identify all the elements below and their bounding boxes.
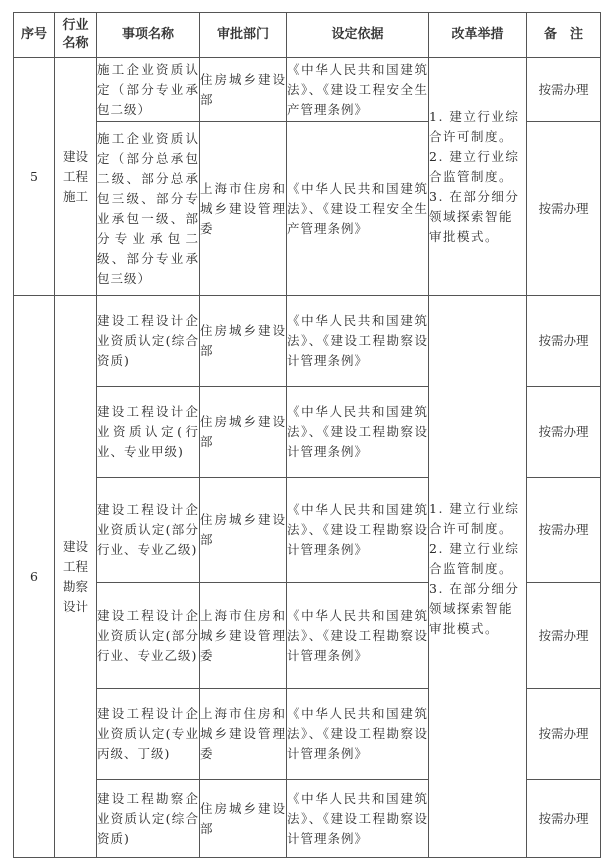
basis-cell: 《中华人民共和国建筑法》、《建设工程安全生产管理条例》 bbox=[287, 58, 429, 122]
remark-cell: 按需办理 bbox=[527, 780, 601, 858]
basis-cell: 《中华人民共和国建筑法》、《建设工程勘察设计管理条例》 bbox=[287, 583, 429, 689]
dept-cell: 住房城乡建设部 bbox=[200, 296, 287, 387]
table-row: 6 建设 工程 勘察 设计 建设工程设计企业资质认定(综合资质) 住房城乡建设部… bbox=[14, 296, 601, 387]
remark-cell: 按需办理 bbox=[527, 58, 601, 122]
basis-cell: 《中华人民共和国建筑法》、《建设工程勘察设计管理条例》 bbox=[287, 689, 429, 780]
reform-cell: 1. 建立行业综合许可制度。 2. 建立行业综合监管制度。 3. 在部分细分领域… bbox=[429, 296, 527, 858]
remark-cell: 按需办理 bbox=[527, 478, 601, 583]
dept-cell: 住房城乡建设部 bbox=[200, 58, 287, 122]
item-cell: 施工企业资质认定（部分专业承包二级） bbox=[97, 58, 200, 122]
dept-cell: 住房城乡建设部 bbox=[200, 478, 287, 583]
reform-text: 1. 建立行业综合许可制度。 2. 建立行业综合监管制度。 3. 在部分细分领域… bbox=[429, 499, 526, 639]
basis-cell: 《中华人民共和国建筑法》、《建设工程勘察设计管理条例》 bbox=[287, 780, 429, 858]
reform-cell: 1. 建立行业综合许可制度。 2. 建立行业综合监管制度。 3. 在部分细分领域… bbox=[429, 58, 527, 296]
remark-cell: 按需办理 bbox=[527, 583, 601, 689]
header-row: 序号 行业 名称 事项名称 审批部门 设定依据 改革举措 备 注 bbox=[14, 13, 601, 58]
approval-items-table: 序号 行业 名称 事项名称 审批部门 设定依据 改革举措 备 注 5 建设 工程… bbox=[13, 12, 601, 858]
header-item: 事项名称 bbox=[97, 13, 200, 58]
item-cell: 建设工程设计企业资质认定(部分行业、专业乙级) bbox=[97, 583, 200, 689]
header-reform: 改革举措 bbox=[429, 13, 527, 58]
header-basis: 设定依据 bbox=[287, 13, 429, 58]
remark-cell: 按需办理 bbox=[527, 122, 601, 296]
dept-cell: 上海市住房和城乡建设管理委 bbox=[200, 583, 287, 689]
seq-cell: 5 bbox=[14, 58, 55, 296]
dept-cell: 住房城乡建设部 bbox=[200, 780, 287, 858]
basis-cell: 《中华人民共和国建筑法》、《建设工程勘察设计管理条例》 bbox=[287, 296, 429, 387]
header-remark: 备 注 bbox=[527, 13, 601, 58]
seq-cell: 6 bbox=[14, 296, 55, 858]
remark-cell: 按需办理 bbox=[527, 387, 601, 478]
item-cell: 建设工程勘察企业资质认定(综合资质) bbox=[97, 780, 200, 858]
header-seq: 序号 bbox=[14, 13, 55, 58]
header-industry: 行业 名称 bbox=[55, 13, 97, 58]
dept-cell: 上海市住房和城乡建设管理委 bbox=[200, 689, 287, 780]
table-row: 5 建设 工程 施工 施工企业资质认定（部分专业承包二级） 住房城乡建设部 《中… bbox=[14, 58, 601, 122]
item-cell: 施工企业资质认定（部分总承包二级、部分总承包三级、部分专业承包一级、部分专业承包… bbox=[97, 122, 200, 296]
item-cell: 建设工程设计企业资质认定(行业、专业甲级) bbox=[97, 387, 200, 478]
industry-cell: 建设 工程 施工 bbox=[55, 58, 97, 296]
item-cell: 建设工程设计企业资质认定(部分行业、专业乙级) bbox=[97, 478, 200, 583]
header-dept: 审批部门 bbox=[200, 13, 287, 58]
dept-cell: 上海市住房和城乡建设管理委 bbox=[200, 122, 287, 296]
item-cell: 建设工程设计企业资质认定(综合资质) bbox=[97, 296, 200, 387]
dept-cell: 住房城乡建设部 bbox=[200, 387, 287, 478]
industry-cell: 建设 工程 勘察 设计 bbox=[55, 296, 97, 858]
item-cell: 建设工程设计企业资质认定(专业丙级、丁级) bbox=[97, 689, 200, 780]
basis-cell: 《中华人民共和国建筑法》、《建设工程勘察设计管理条例》 bbox=[287, 387, 429, 478]
basis-cell: 《中华人民共和国建筑法》、《建设工程勘察设计管理条例》 bbox=[287, 478, 429, 583]
remark-cell: 按需办理 bbox=[527, 689, 601, 780]
remark-cell: 按需办理 bbox=[527, 296, 601, 387]
basis-cell: 《中华人民共和国建筑法》、《建设工程安全生产管理条例》 bbox=[287, 122, 429, 296]
